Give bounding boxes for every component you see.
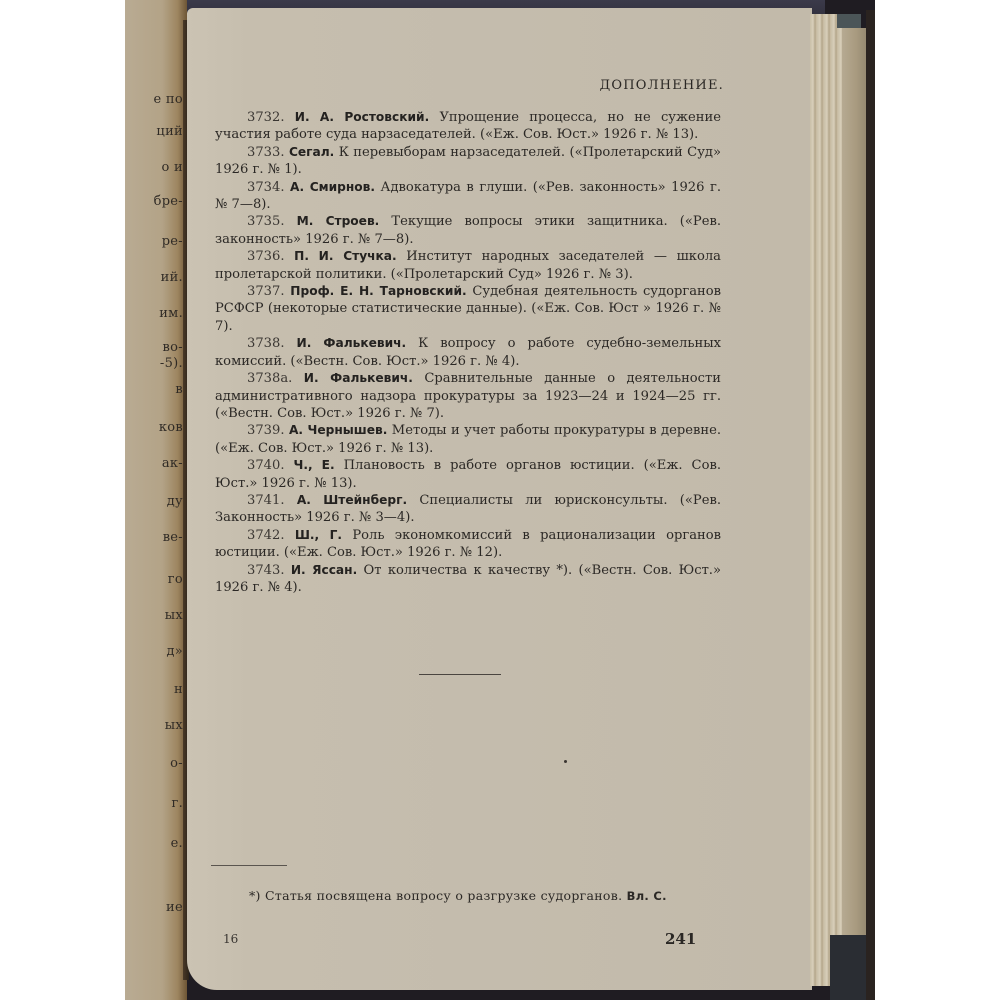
book-photo: е по ций о и бре- ре- ий. им. во- -5). в…	[125, 0, 875, 1000]
left-fragment: е.	[171, 836, 183, 851]
entry-number: 3737.	[247, 284, 285, 299]
entry-author: П. И. Стучка.	[294, 249, 397, 263]
entry-number: 3743.	[247, 563, 285, 578]
entry-author: Ч., Е.	[294, 458, 335, 472]
left-fragment: д»	[166, 644, 183, 659]
left-fragment: ак-	[162, 456, 183, 471]
cover-corner	[830, 935, 866, 1000]
entry-author: А. Штейнберг.	[297, 493, 407, 507]
bibliography-entry: 3740. Ч., Е. Плановость в работе органов…	[215, 457, 721, 492]
bibliography-entry: 3735. М. Строев. Текущие вопросы этики з…	[215, 213, 721, 248]
left-fragment: ве-	[163, 530, 183, 545]
bibliography-entry: 3738. И. Фалькевич. К вопросу о работе с…	[215, 335, 721, 370]
bibliography-entry: 3738а. И. Фалькевич. Сравнительные данны…	[215, 370, 721, 422]
left-fragment: о и	[161, 160, 183, 175]
entry-text: Институт народных заседателей — школа пр…	[215, 249, 721, 281]
bibliography-entry: 3733. Сегал. К перевыборам нарзаседателе…	[215, 144, 721, 179]
bibliography-list: 3732. И. А. Ростовский. Упрощение процес…	[215, 109, 721, 596]
left-fragment: ков	[159, 420, 183, 435]
page-number: 241	[665, 930, 696, 948]
entry-author: А. Смирнов.	[290, 180, 375, 194]
entry-author: Ш., Г.	[295, 528, 342, 542]
entry-number: 3740.	[247, 458, 285, 473]
bibliography-entry: 3741. А. Штейнберг. Специалисты ли юриск…	[215, 492, 721, 527]
left-fragment: бре-	[154, 194, 183, 209]
left-fragment: г.	[171, 796, 183, 811]
entry-author: И. Яссан.	[291, 563, 357, 577]
entry-number: 3732.	[247, 110, 285, 125]
left-fragment: ций	[156, 124, 183, 139]
entry-number: 3738.	[247, 336, 285, 351]
section-end-rule	[419, 674, 501, 675]
entry-author: Проф. Е. Н. Тарновский.	[290, 284, 466, 298]
cover-board	[842, 28, 866, 958]
entry-text: Роль экономкомиссий в рационализации орг…	[215, 528, 721, 560]
entry-number: 3738а.	[247, 371, 292, 386]
bibliography-entry: 3739. А. Чернышев. Методы и учет работы …	[215, 422, 721, 457]
entry-number: 3736.	[247, 249, 285, 264]
bibliography-entry: 3732. И. А. Ростовский. Упрощение процес…	[215, 109, 721, 144]
background-edge	[866, 10, 875, 1000]
entry-number: 3739.	[247, 423, 285, 438]
bibliography-entry: 3736. П. И. Стучка. Институт народных за…	[215, 248, 721, 283]
footnote-rule	[211, 865, 287, 866]
left-fragment: го	[168, 572, 183, 587]
left-fragment: в	[175, 382, 183, 397]
paper-speck	[564, 760, 567, 763]
entry-number: 3734.	[247, 180, 285, 195]
footnote-text: *) Статья посвящена вопросу о разгрузке …	[249, 888, 627, 903]
entry-text: Специалисты ли юрисконсульты. («Рев. Зак…	[215, 493, 721, 525]
cover-corner	[837, 14, 861, 28]
entry-number: 3735.	[247, 214, 285, 229]
bibliography-entry: 3737. Проф. Е. Н. Тарновский. Судебная д…	[215, 283, 721, 335]
right-page: ДОПОЛНЕНИЕ. 3732. И. А. Ростовский. Упро…	[187, 8, 812, 990]
entry-author: И. Фалькевич.	[304, 371, 413, 385]
entry-text: Упрощение процесса, но не сужение участи…	[215, 110, 721, 142]
signature-mark: 16	[223, 932, 238, 946]
entry-author: Сегал.	[289, 145, 334, 159]
running-header: ДОПОЛНЕНИЕ.	[600, 78, 724, 93]
left-fragment: ых	[165, 608, 183, 623]
entry-text: К вопросу о работе судебно-земельных ком…	[215, 336, 721, 368]
entry-author: И. А. Ростовский.	[295, 110, 429, 124]
left-fragment: е по	[153, 92, 183, 107]
footnote: *) Статья посвящена вопросу о разгрузке …	[249, 888, 667, 903]
entry-text: Текущие вопросы этики защитника. («Рев. …	[215, 214, 721, 246]
left-fragment: ре-	[162, 234, 183, 249]
left-fragment: -5).	[160, 356, 183, 371]
left-fragment: о-	[170, 756, 183, 771]
page-edges	[810, 14, 842, 986]
left-fragment: ду	[167, 494, 183, 509]
bibliography-entry: 3734. А. Смирнов. Адвокатура в глуши. («…	[215, 179, 721, 214]
entry-author: А. Чернышев.	[289, 423, 387, 437]
entry-number: 3733.	[247, 145, 285, 160]
entry-number: 3742.	[247, 528, 285, 543]
bibliography-entry: 3743. И. Яссан. От количества к качеству…	[215, 562, 721, 597]
left-fragment: ие	[166, 900, 183, 915]
left-fragment: н	[174, 682, 183, 697]
left-page: е по ций о и бре- ре- ий. им. во- -5). в…	[125, 0, 187, 1000]
entry-author: М. Строев.	[297, 214, 380, 228]
entry-number: 3741.	[247, 493, 285, 508]
footnote-signature: Вл. С.	[627, 889, 667, 903]
left-fragment: ых	[165, 718, 183, 733]
entry-author: И. Фалькевич.	[297, 336, 407, 350]
left-fragment: им.	[159, 306, 183, 321]
left-fragment: во-	[163, 340, 183, 355]
left-fragment: ий.	[161, 270, 183, 285]
entry-text: Плановость в работе органов юстиции. («Е…	[215, 458, 721, 490]
bibliography-entry: 3742. Ш., Г. Роль экономкомиссий в рацио…	[215, 527, 721, 562]
